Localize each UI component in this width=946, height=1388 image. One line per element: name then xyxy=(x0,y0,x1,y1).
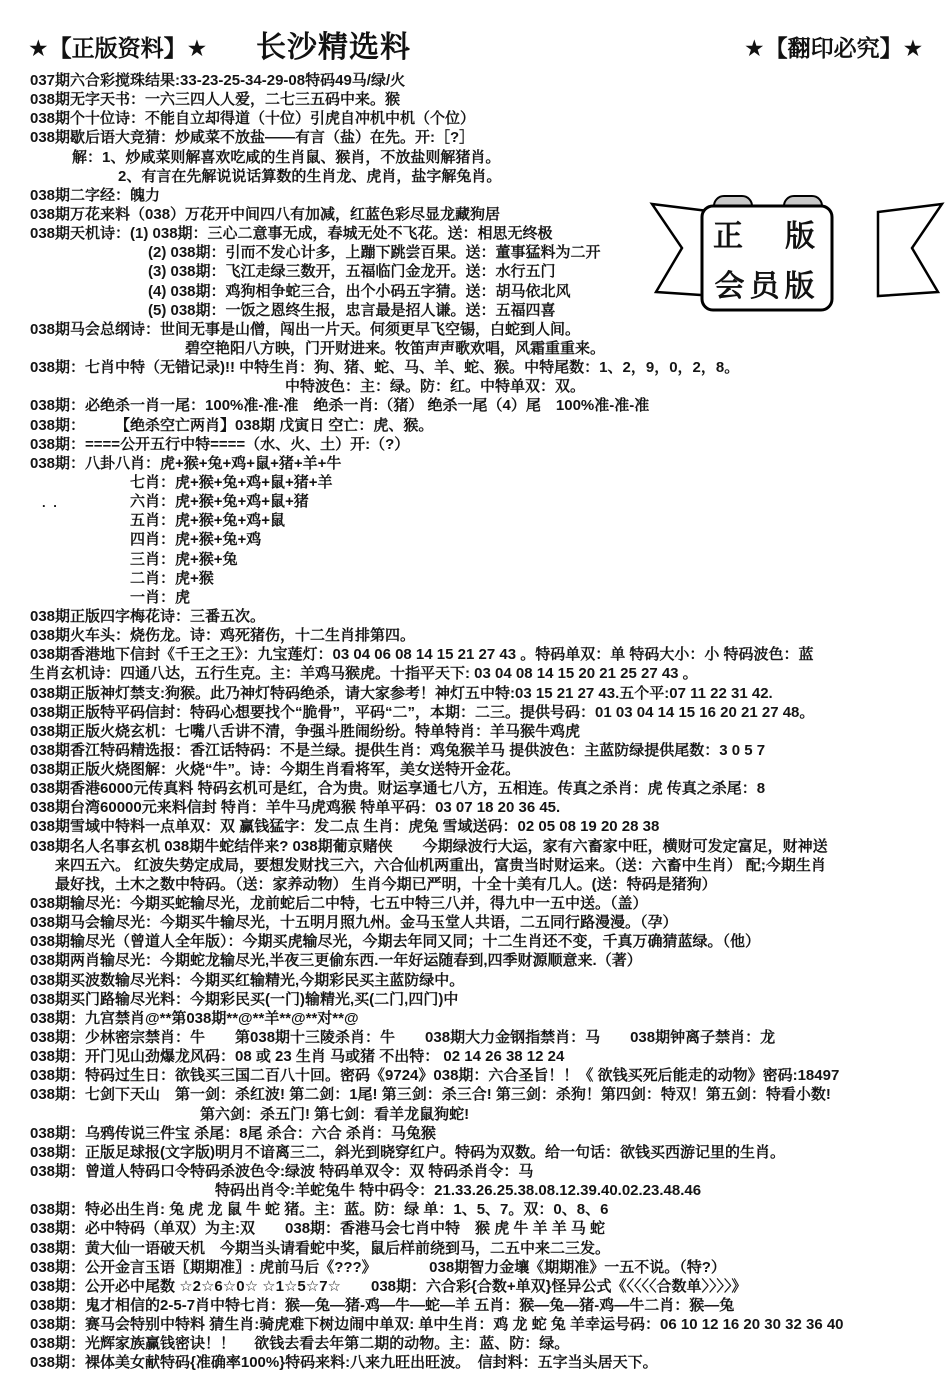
doc-line: 038期：公开必中尾数 ☆2☆6☆0☆ ☆1☆5☆7☆ 038期：六合彩{合数+… xyxy=(30,1277,942,1296)
doc-line: 038期香港6000元传真料 特码玄机可是红，合为贵。财运享通七八方，五相连。传… xyxy=(30,779,942,798)
doc-line: 最好找，土木之数中特码。（送：家养动物） 生肖今期已严明，十全十美有几人。(送：… xyxy=(30,875,942,894)
doc-line: 038期两肖输尽光：今期蛇龙输尽光,半夜三更偷东西.一年好运随春到,四季财源顺意… xyxy=(30,951,942,970)
doc-line: 2、有言在先解说说话算数的生肖龙、虎肖，盐字解兔肖。 xyxy=(30,167,942,186)
doc-line: 038期：正版足球报(文字版)明月不谙离三二，斜光到晓穿红户。特码为双数。给一句… xyxy=(30,1143,942,1162)
doc-line: 038期：开门见山劲爆龙风码：08 或 23 生肖 马或猪 不出特： 02 14… xyxy=(30,1047,942,1066)
doc-line: 038期： 【绝杀空亡两肖】038期 戊寅日 空亡：虎、猴。 xyxy=(30,416,942,435)
doc-line: (3) 038期：飞江走绿三数开，五福临门金龙开。送：水行五门 xyxy=(30,262,942,281)
doc-line: 038期：八卦八肖：虎+猴+兔+鸡+鼠+猪+羊+牛 xyxy=(30,454,942,473)
doc-line: 038期正版神灯禁支:狗猴。此乃神灯特码绝杀，请大家参考！神灯五中特:03 15… xyxy=(30,684,942,703)
doc-line: 038期：鬼才相信的2-5-7肖中特七肖：猴—兔—猪-鸡—牛—蛇—羊 五肖：猴—… xyxy=(30,1296,942,1315)
doc-line: 038期名人名事玄机 038期牛蛇结伴来? 038期葡京赌侠 今期绿波行大运，家… xyxy=(30,837,942,856)
doc-line: 七肖：虎+猴+兔+鸡+鼠+猪+羊 xyxy=(30,473,942,492)
doc-line: 038期：七肖中特（无错记录)!! 中特生肖：狗、猪、蛇、马、羊、蛇、猴。中特尾… xyxy=(30,358,942,377)
page-header: ★【正版资料】★ 长沙精选料 ★【翻印必究】★ xyxy=(0,22,946,64)
doc-line: 038期输尽光（曾道人全年版）：今期买虎输尽光，今期去年同又同；十二生肖还不变，… xyxy=(30,932,942,951)
doc-line: 038期天机诗：(1) 038期：三心二意事无成，春城无处不飞花。送：相思无终极 xyxy=(30,224,942,243)
doc-line: 038期无字天书：一六三四人人爱，二七三五码中来。猴 xyxy=(30,90,942,109)
doc-line: 038期个十位诗：不能自立却得道（十位）引虎自冲机中机（个位） xyxy=(30,109,942,128)
doc-line: 038期火车头：烧伤龙。诗：鸡死猪伤，十二生肖排第四。 xyxy=(30,626,942,645)
page-title: 长沙精选料 xyxy=(256,22,411,66)
doc-line: (5) 038期：一饭之恩终生报，忠言最是招人谦。送：五福四喜 xyxy=(30,301,942,320)
doc-line: 038期买门路输尽光料：今期彩民买(一门)输精光,买(二门,四门)中 xyxy=(30,990,942,1009)
doc-line: 038期：赛马会特别中特料 猜生肖:骑虎难下树边闹中单双: 单中生肖：鸡 龙 蛇… xyxy=(30,1315,942,1334)
document-body: 037期六合彩搅珠结果:33-23-25-34-29-08特码49马/绿/火03… xyxy=(30,71,942,1373)
doc-line: 038期马会输尽光：今期买牛输尽光，十五明月照九州。金马玉堂人共语，二五同行路漫… xyxy=(30,913,942,932)
doc-line: 038期：光辉家族赢钱密诀！！ 欲钱去看去年第二期的动物。主：蓝、防：绿。 xyxy=(30,1334,942,1353)
doc-line: 038期香江特码精选报：香江话特码：不是兰绿。提供生肖：鸡兔猴羊马 提供波色：主… xyxy=(30,741,942,760)
doc-line: 038期：====公开五行中特====（水、火、土）开:（?） xyxy=(30,435,942,454)
doc-line: 038期：七剑下天山 第一剑：杀红波! 第二剑：1尾! 第三剑：杀三合! 第三剑… xyxy=(30,1085,942,1104)
lottery-tip-sheet: ★【正版资料】★ 长沙精选料 ★【翻印必究】★ 正 版 会员版 037期六合彩搅… xyxy=(0,0,946,1388)
doc-line: 038期：特码过生日：欲钱买三国二百八十回。密码《9724》038期：六合圣旨！… xyxy=(30,1066,942,1085)
doc-line: 038期：必绝杀一肖一尾：100%准-准-准 绝杀一肖:（猪） 绝杀一尾（4）尾… xyxy=(30,396,942,415)
doc-line: 038期香港地下信封《千王之王》：九宝莲灯：03 04 06 08 14 15 … xyxy=(30,645,942,664)
doc-line: 038期输尽光：今期买蛇输尽光，龙前蛇后二中特，七五中特三八并，得九中一五中送。… xyxy=(30,894,942,913)
doc-line: 038期二字经：魄力 xyxy=(30,186,942,205)
doc-line: 中特波色：主：绿。防：红。中特单双：双。 xyxy=(30,377,942,396)
doc-line: 生肖玄机诗：四通八达，五行生克。主：羊鸡马猴虎。十指平天下: 03 04 08 … xyxy=(30,664,942,683)
doc-line: 三肖：虎+猴+兔 xyxy=(30,550,942,569)
doc-line: 解：1、炒咸菜则解喜欢吃咸的生肖鼠、猴肖，不放盐则解猪肖。 xyxy=(30,148,942,167)
doc-line: 来四五六。 红波失势定成局，要想发财找三六，六合仙机两重出，富贵当时财运来。（送… xyxy=(30,856,942,875)
doc-line: 五肖：虎+猴+兔+鸡+鼠 xyxy=(30,511,942,530)
doc-line: 二肖：虎+猴 xyxy=(30,569,942,588)
doc-line: 四肖：虎+猴+兔+鸡 xyxy=(30,530,942,549)
doc-line: 038期马会总纲诗：世间无事是山僧，闯出一片天。何须更早飞空锡，白蛇到人间。 xyxy=(30,320,942,339)
doc-line: (4) 038期：鸡狗相争蛇三合，出个小码五字猜。送：胡马依北风 xyxy=(30,282,942,301)
doc-line: 038期雪域中特料一点单双：双 赢钱猛字：发二点 生肖：虎兔 雪域送码：02 0… xyxy=(30,817,942,836)
doc-line: 038期：黄大仙一语破天机 今期当头请看蛇中奖，鼠后样前绕到马，二五中来二三发。 xyxy=(30,1239,942,1258)
doc-line: 038期：必中特码（单双）为主:双 038期：香港马会七肖中特 猴 虎 牛 羊 … xyxy=(30,1219,942,1238)
doc-line: 038期正版特平码信封：特码心想要找个“脆骨”，平码“二”，本期：二三。提供号码… xyxy=(30,703,942,722)
doc-line: 038期：乌鸦传说三件宝 杀尾：8尾 杀合：六合 杀肖：马兔猴 xyxy=(30,1124,942,1143)
doc-line: 038期正版火烧玄机：七嘴八舌讲不清，争强斗胜闹纷纷。特单特肖：羊马猴牛鸡虎 xyxy=(30,722,942,741)
doc-line: 038期万花来料（038）万花开中间四八有加减，红蓝色彩尽显龙藏狗居 xyxy=(30,205,942,224)
doc-line: 038期台湾60000元来料信封 特肖：羊牛马虎鸡猴 特单平码：03 07 18… xyxy=(30,798,942,817)
doc-line: 一肖：虎 xyxy=(30,588,942,607)
doc-line: 038期买波数输尽光料：今期买红输精光,今期彩民买主蓝防绿中。 xyxy=(30,971,942,990)
doc-line: 碧空艳阳八方映，门开财进来。牧笛声声歌欢唱，风霜重重来。 xyxy=(30,339,942,358)
doc-line: 特码出肖令:羊蛇兔牛 特中码令：21.33.26.25.38.08.12.39.… xyxy=(30,1181,942,1200)
doc-line: 038期：曾道人特码口令特码杀波色令:绿波 特码单双令：双 特码杀肖令：马 xyxy=(30,1162,942,1181)
doc-line: 038期：裸体美女献特码{准确率100%}特码来料:八来九旺出旺波。 信封料：五… xyxy=(30,1353,942,1372)
doc-line: 038期：特必出生肖: 兔 虎 龙 鼠 牛 蛇 猪。主：蓝。防：绿 单：1、5、… xyxy=(30,1200,942,1219)
doc-line: 038期：少林密宗禁肖：牛 第038期十三陵杀肖：牛 038期大力金钢指禁肖：马… xyxy=(30,1028,942,1047)
doc-line: 038期正版火烧图解：火烧“牛”。诗：今期生肖看将军，美女送特开金花。 xyxy=(30,760,942,779)
doc-line: (2) 038期：引而不发心计多，上蹦下跳尝百果。送：董事猛料为二开 xyxy=(30,243,942,262)
doc-line: 038期：九宫禁肖@**第038期**@**羊**@**对**@ xyxy=(30,1009,942,1028)
doc-line: 038期：公开金言玉语〖期期准〗: 虎前马后《???》 038期智力金壤《期期准… xyxy=(30,1258,942,1277)
doc-line: . .六肖：虎+猴+兔+鸡+鼠+猪 xyxy=(30,492,942,511)
no-reprint-badge: ★【翻印必究】★ xyxy=(744,30,923,63)
margin-note: . . xyxy=(42,493,59,512)
doc-line: 第六剑：杀五门! 第七剑：看羊龙鼠狗蛇! xyxy=(30,1105,942,1124)
doc-line: 038期正版四字梅花诗：三番五次。 xyxy=(30,607,942,626)
doc-line: 037期六合彩搅珠结果:33-23-25-34-29-08特码49马/绿/火 xyxy=(30,71,942,90)
genuine-material-badge: ★【正版资料】★ xyxy=(28,30,207,63)
doc-line: 038期歇后语大竞猜：炒咸菜不放盐——有言（盐）在先。开:［?］ xyxy=(30,128,942,147)
